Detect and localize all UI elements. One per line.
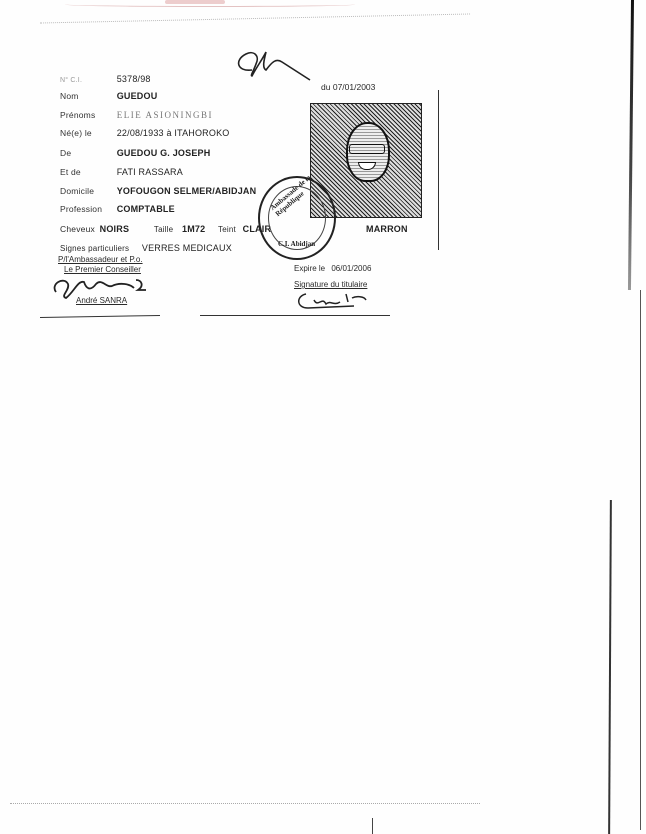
- hair-label: Cheveux: [60, 224, 95, 234]
- scan-noise-bottom: [10, 802, 480, 804]
- card-border-right: [438, 90, 439, 250]
- field-mother: Et de FATI RASSARA: [60, 167, 183, 177]
- page-edge-shadow: [628, 0, 634, 290]
- field-label: Et de: [60, 167, 114, 177]
- height-value: 1M72: [182, 224, 205, 234]
- scan-noise-top: [40, 5, 470, 23]
- field-value: COMPTABLE: [117, 204, 175, 214]
- glasses-icon: [349, 144, 385, 154]
- eyes-value: MARRON: [366, 224, 408, 234]
- card-border-bottom-right: [200, 315, 390, 316]
- authority-block: P/l'Ambassadeur et P.o. Le Premier Conse…: [58, 255, 143, 275]
- special-marks-label: Signes particuliers: [60, 244, 129, 253]
- field-physical: Cheveux NOIRS Taille 1M72 Teint CLAIR: [60, 224, 271, 234]
- card-border-bottom: [40, 315, 160, 318]
- authority-line1: P/l'Ambassadeur et P.o.: [58, 255, 143, 265]
- authority-signatory-name: André SANRA: [76, 296, 127, 305]
- special-marks-value: VERRES MEDICAUX: [142, 243, 232, 253]
- field-birth: Né(e) le 22/08/1933 à ITAHOROKO: [60, 128, 230, 138]
- stamp-text-bottom: C.I. Abidjan: [278, 240, 315, 248]
- expiry-date: 06/01/2006: [331, 264, 371, 273]
- field-prenoms: Prénoms ELIE ASIONINGBI: [60, 110, 213, 120]
- scan-mark-bottom: [372, 818, 373, 834]
- stamp-text-top: Ambassade de la République: [269, 162, 331, 218]
- field-label: Domicile: [60, 186, 114, 196]
- field-value: GUEDOU: [117, 91, 158, 101]
- official-stamp-icon: Ambassade de la République C.I. Abidjan: [258, 176, 336, 260]
- field-label: N° C.I.: [60, 77, 114, 84]
- page-edge-line-lower: [608, 500, 612, 834]
- field-value: 5378/98: [117, 74, 151, 84]
- expiry: Expire le 06/01/2006: [294, 264, 371, 273]
- field-label: Prénoms: [60, 110, 114, 120]
- holder-signature-icon: [294, 290, 384, 312]
- field-value: GUEDOU G. JOSEPH: [117, 148, 211, 158]
- field-value: 22/08/1933 à ITAHOROKO: [117, 128, 230, 138]
- field-label: Profession: [60, 204, 114, 214]
- field-value: FATI RASSARA: [117, 167, 183, 177]
- issue-date-label: du: [321, 82, 330, 92]
- field-value: YOFOUGON SELMER/ABIDJAN: [117, 186, 257, 196]
- field-special-marks: Signes particuliers VERRES MEDICAUX: [60, 243, 232, 253]
- field-label: De: [60, 148, 114, 158]
- page-edge-line: [640, 290, 641, 830]
- initials-signature-icon: [232, 42, 312, 84]
- holder-signature-label: Signature du titulaire: [294, 280, 367, 289]
- hair-value: NOIRS: [100, 224, 130, 234]
- field-domicile: Domicile YOFOUGON SELMER/ABIDJAN: [60, 186, 256, 196]
- field-label: Nom: [60, 91, 114, 101]
- field-nom: Nom GUEDOU: [60, 91, 157, 101]
- scanned-page: du 07/01/2003 N° C.I. 5378/98 Nom GUEDOU…: [0, 0, 646, 834]
- field-value: ELIE ASIONINGBI: [117, 110, 213, 120]
- red-smudge-mark: [65, 2, 355, 7]
- issue-date: du 07/01/2003: [321, 82, 375, 92]
- field-label: Né(e) le: [60, 128, 114, 138]
- issue-date-value: 07/01/2003: [333, 82, 376, 92]
- complexion-label: Teint: [218, 225, 236, 234]
- expiry-label: Expire le: [294, 264, 325, 273]
- id-card-copy: du 07/01/2003 N° C.I. 5378/98 Nom GUEDOU…: [40, 40, 450, 320]
- field-profession: Profession COMPTABLE: [60, 204, 175, 214]
- height-label: Taille: [154, 225, 173, 234]
- field-father: De GUEDOU G. JOSEPH: [60, 148, 210, 158]
- field-eyes: MARRON: [366, 224, 408, 234]
- field-id-number: N° C.I. 5378/98: [60, 74, 151, 84]
